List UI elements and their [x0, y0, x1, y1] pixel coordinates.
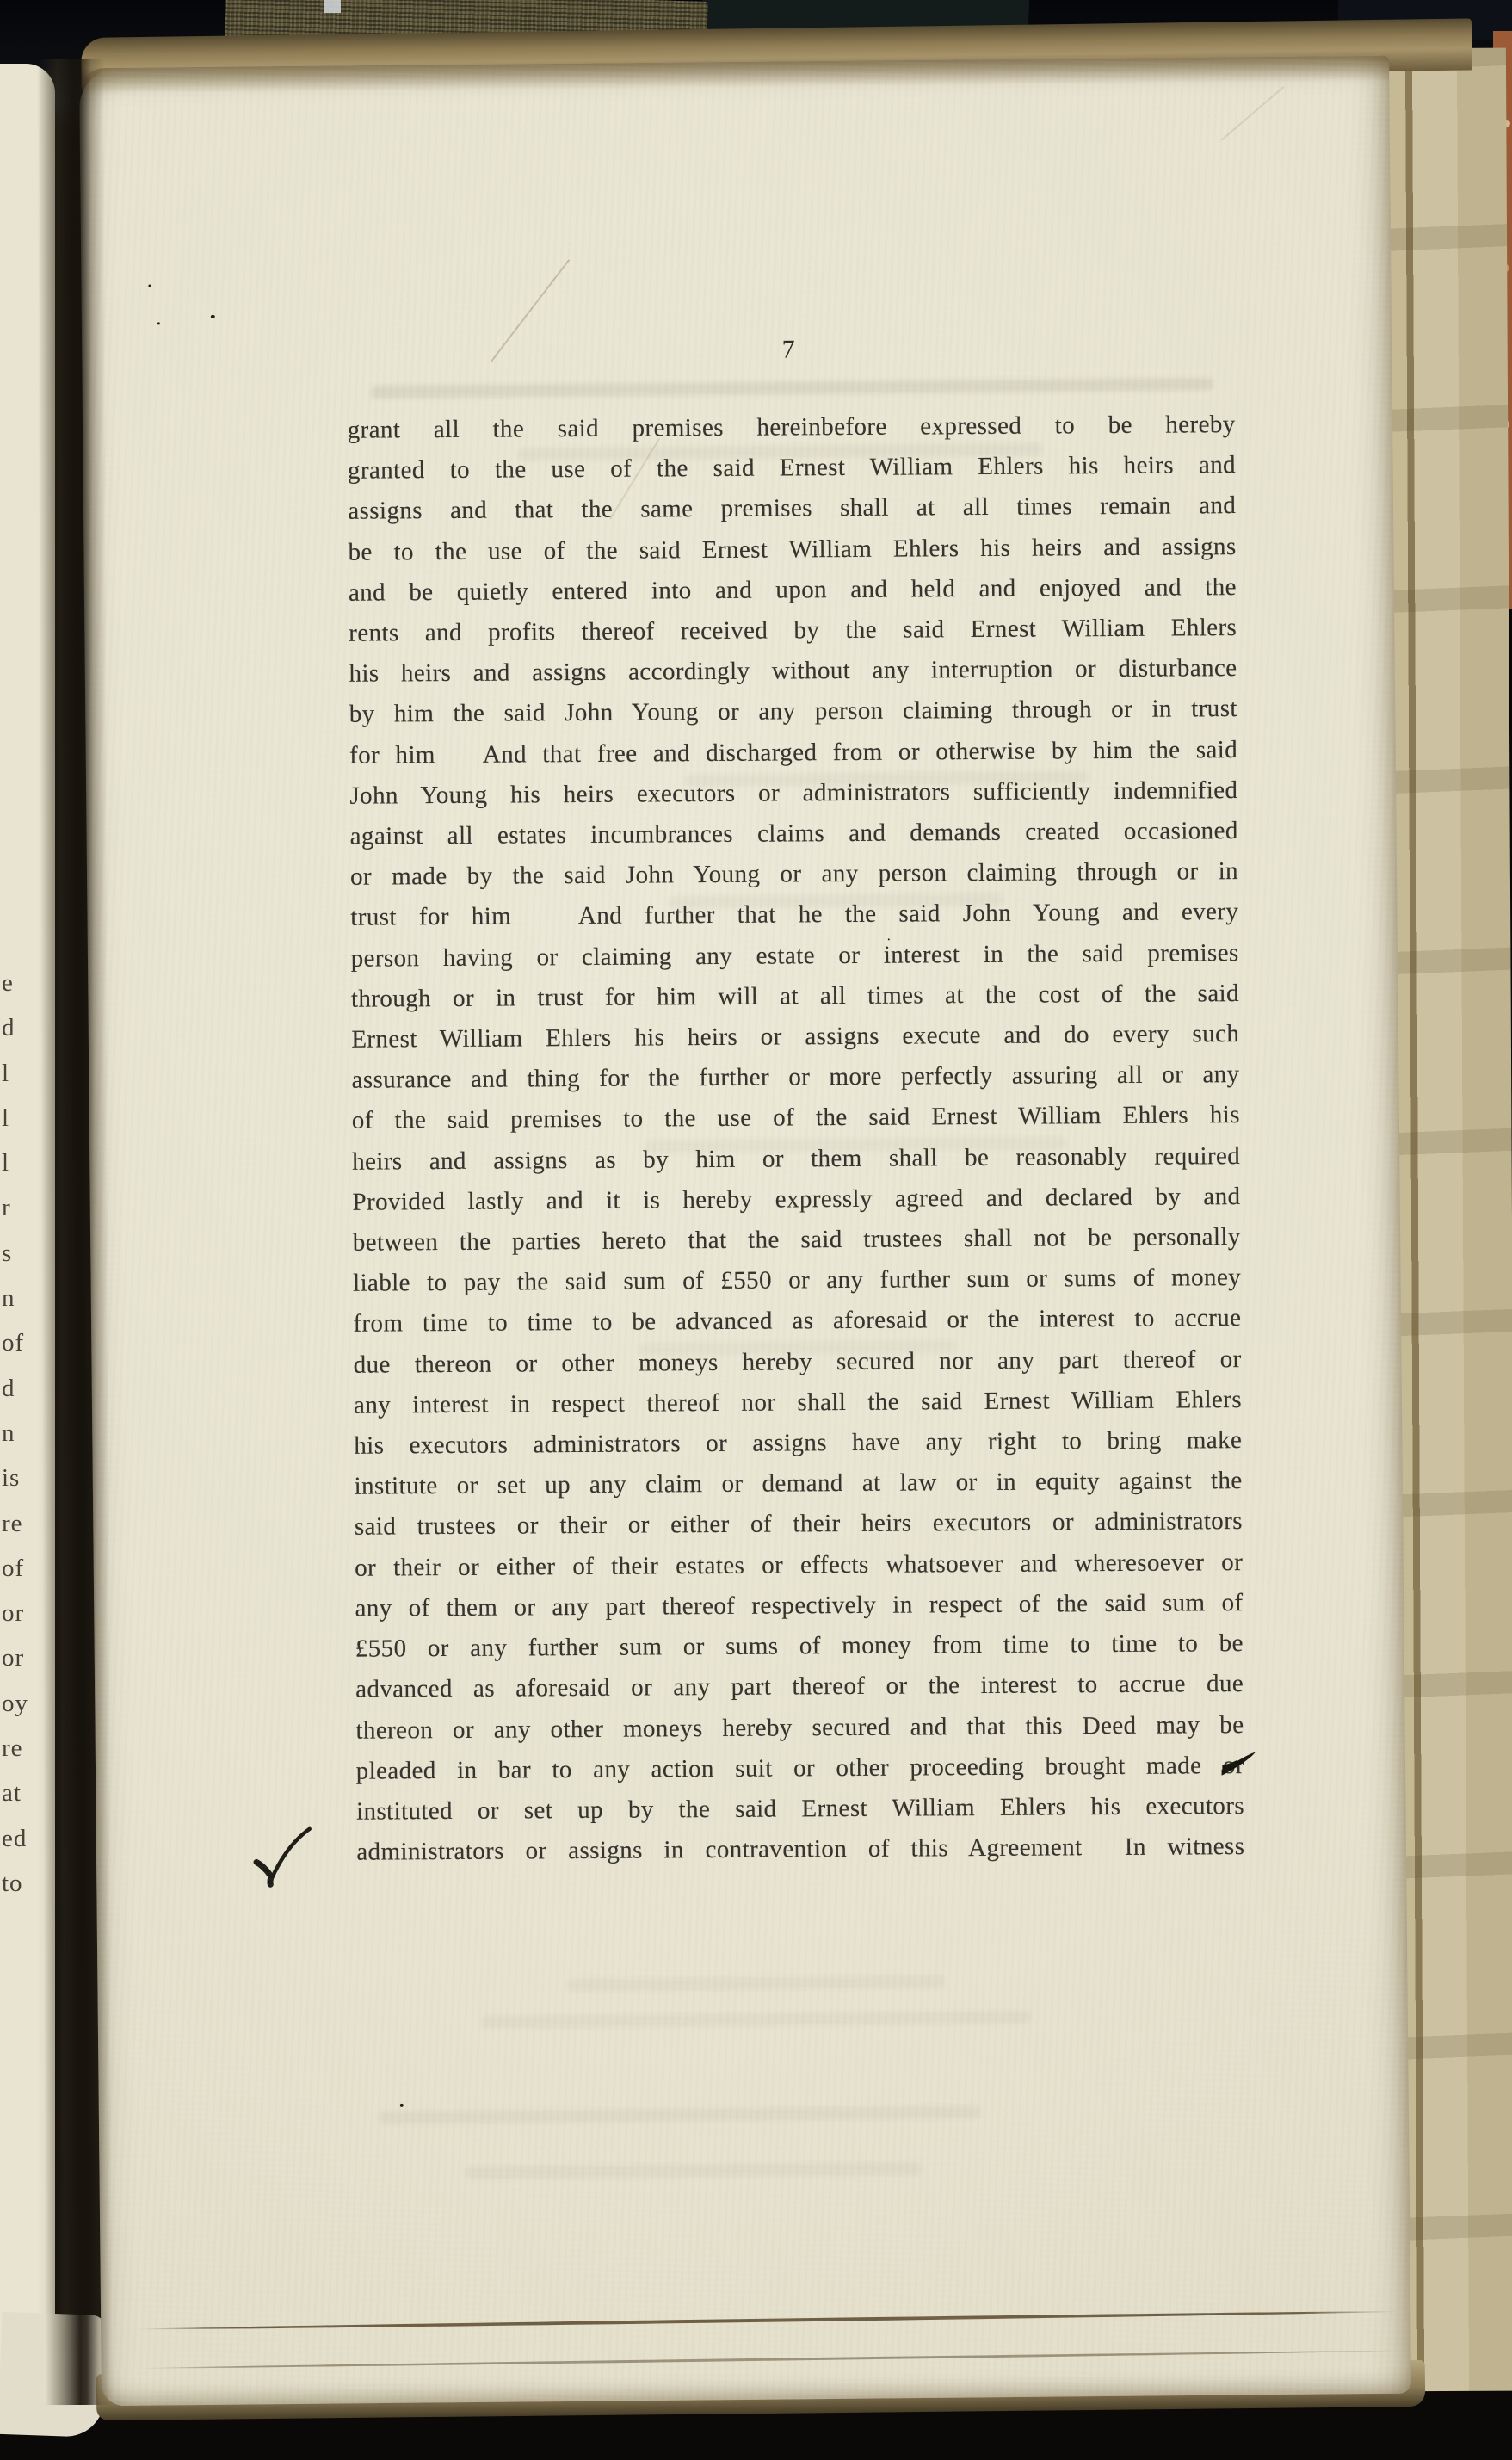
gutter-shadow — [37, 59, 113, 2405]
text-line-content: instituted or set up by the said Ernest … — [356, 1792, 1244, 1826]
margin-fragment: d — [2, 1014, 40, 1059]
margin-fragment: re — [2, 1734, 40, 1779]
text-line-content: pleaded in bar to any action suit or oth… — [356, 1752, 1202, 1784]
margin-fragment: or — [2, 1644, 40, 1689]
margin-fragment: l — [2, 1104, 40, 1149]
text-block: grant all the said premises hereinbefore… — [348, 405, 1245, 1873]
text-line-content: through or in trust for him will at all … — [351, 980, 1239, 1013]
dust-speck — [400, 2104, 404, 2107]
text-line-content: for him And that free and discharged fro… — [349, 736, 1237, 770]
margin-fragment: is — [2, 1464, 40, 1509]
text-line: or their or either of their estates or e… — [355, 1542, 1243, 1589]
text-line: by him the said John Young or any person… — [349, 689, 1237, 735]
margin-fragment: ed — [2, 1825, 40, 1870]
text-line: advanced as aforesaid or any part thereo… — [355, 1664, 1244, 1710]
text-line-content: by him the said John Young or any person… — [349, 695, 1237, 728]
text-line: against all estates incumbrances claims … — [350, 811, 1238, 857]
margin-fragment: of — [2, 1554, 40, 1599]
text-line-content: heirs and assigns as by him or them shal… — [352, 1142, 1240, 1176]
dust-speck — [157, 322, 160, 324]
text-line-content: of the said premises to the use of the s… — [352, 1101, 1240, 1134]
text-line-content: due thereon or other moneys hereby secur… — [354, 1345, 1242, 1379]
text-line-content: £550 or any further sum or sums of money… — [355, 1629, 1244, 1663]
document-page: 7 grant all the said premises hereinbefo… — [79, 56, 1411, 2406]
text-line: pleaded in bar to any action suit or oth… — [356, 1746, 1244, 1792]
margin-fragment: r — [2, 1194, 40, 1239]
book-page-photo: edlllrsnofdnisreofororoyreatedto 7 grant… — [0, 0, 1512, 2460]
text-line: from time to time to be advanced as afor… — [353, 1298, 1241, 1344]
text-line-content: administrators or assigns in contraventi… — [356, 1833, 1244, 1866]
margin-fragment: n — [2, 1284, 40, 1329]
text-line: or made by the said John Young or any pe… — [350, 851, 1238, 898]
text-line-content: granted to the use of the said Ernest Wi… — [348, 451, 1236, 485]
margin-fragment: at — [2, 1779, 40, 1824]
text-line: granted to the use of the said Ernest Wi… — [348, 445, 1236, 491]
text-line-content: or their or either of their estates or e… — [355, 1548, 1243, 1582]
text-line-content: and be quietly entered into and upon and… — [349, 573, 1237, 607]
text-line: for him And that free and discharged fro… — [349, 730, 1237, 776]
text-line-content: any interest in respect thereof nor shal… — [354, 1386, 1242, 1419]
text-line-content: his executors administrators or assigns … — [354, 1426, 1242, 1460]
margin-fragment: e — [2, 969, 40, 1014]
margin-fragment: n — [2, 1419, 40, 1464]
margin-fragment: of — [2, 1329, 40, 1374]
margin-fragments: edlllrsnofdnisreofororoyreatedto — [2, 969, 40, 1914]
text-line: liable to pay the said sum of £550 or an… — [353, 1258, 1241, 1304]
text-line-content: between the parties hereto that the said… — [353, 1223, 1241, 1257]
text-line: grant all the said premises hereinbefore… — [348, 405, 1236, 451]
struck-word: or — [1223, 1746, 1244, 1786]
text-line: through or in trust for him will at all … — [351, 973, 1239, 1020]
margin-fragment: or — [2, 1599, 40, 1644]
text-line-content: or made by the said John Young or any pe… — [350, 857, 1238, 891]
text-line-content: institute or set up any claim or demand … — [355, 1467, 1243, 1500]
text-line-content: assigns and that the same premises shall… — [348, 491, 1236, 525]
bottom-edge-stain-line — [135, 2309, 1400, 2331]
text-line: institute or set up any claim or demand … — [354, 1461, 1242, 1507]
text-line-content: said trustees or their or either of thei… — [355, 1508, 1243, 1542]
text-line-content: assurance and thing for the further or m… — [351, 1060, 1239, 1094]
text-line: thereon or any other moneys hereby secur… — [355, 1705, 1244, 1752]
text-line: heirs and assigns as by him or them shal… — [352, 1136, 1240, 1183]
text-line: Provided lastly and it is hereby express… — [352, 1177, 1240, 1223]
text-line: Ernest William Ehlers his heirs or assig… — [351, 1014, 1239, 1060]
text-line-content: rents and profits thereof received by th… — [349, 614, 1237, 647]
margin-fragment: s — [2, 1239, 40, 1284]
text-line-content: Ernest William Ehlers his heirs or assig… — [351, 1020, 1239, 1054]
ink-bleedthrough — [371, 378, 1214, 399]
text-line: trust for him And further that he the sa… — [350, 892, 1238, 938]
text-line-content: against all estates incumbrances claims … — [350, 817, 1238, 850]
text-line-content: any of them or any part thereof respecti… — [355, 1589, 1243, 1622]
text-line-content: thereon or any other moneys hereby secur… — [355, 1711, 1244, 1745]
bottom-edge-stain-line — [136, 2349, 1401, 2370]
text-line-content: from time to time to be advanced as afor… — [353, 1304, 1241, 1338]
text-line: administrators or assigns in contraventi… — [356, 1826, 1244, 1873]
text-line: be to the use of the said Ernest William… — [348, 527, 1236, 573]
text-line: assurance and thing for the further or m… — [351, 1054, 1239, 1101]
page-number: 7 — [344, 331, 1232, 368]
text-line: any of them or any part thereof respecti… — [355, 1583, 1243, 1629]
ink-bleedthrough — [481, 2011, 1032, 2029]
text-line: John Young his heirs executors or admini… — [349, 770, 1237, 817]
text-line-content: trust for him And further that he the sa… — [350, 898, 1238, 931]
light-glint — [324, 0, 341, 13]
ink-bleedthrough — [379, 2105, 981, 2124]
text-line: his executors administrators or assigns … — [354, 1420, 1242, 1467]
text-line: £550 or any further sum or sums of money… — [355, 1623, 1244, 1670]
text-line: person having or claiming any estate or … — [350, 933, 1238, 980]
pen-strike-mark — [1221, 1749, 1256, 1778]
text-line: instituted or set up by the said Ernest … — [356, 1786, 1244, 1833]
text-line: between the parties hereto that the said… — [353, 1217, 1241, 1264]
margin-fragment: oy — [2, 1690, 40, 1734]
text-line: rents and profits thereof received by th… — [349, 608, 1237, 654]
text-line-content: his heirs and assigns accordingly withou… — [349, 654, 1237, 688]
paper-scratch — [1221, 86, 1284, 140]
text-line-content: liable to pay the said sum of £550 or an… — [353, 1264, 1241, 1297]
ink-bleedthrough — [465, 2162, 921, 2179]
text-line-content: Provided lastly and it is hereby express… — [352, 1183, 1240, 1216]
text-line-content: person having or claiming any estate or … — [351, 939, 1239, 973]
text-line-content: grant all the said premises hereinbefore… — [348, 411, 1236, 444]
dust-speck — [211, 315, 215, 318]
text-line: and be quietly entered into and upon and… — [349, 567, 1237, 614]
margin-fragment: re — [2, 1510, 40, 1554]
text-line-content: advanced as aforesaid or any part thereo… — [355, 1670, 1244, 1703]
ink-bleedthrough — [566, 1975, 945, 1992]
text-line: his heirs and assigns accordingly withou… — [349, 648, 1237, 695]
dust-speck — [888, 938, 890, 940]
text-line-content: be to the use of the said Ernest William… — [348, 533, 1236, 566]
margin-fragment: d — [2, 1375, 40, 1419]
text-line: assigns and that the same premises shall… — [348, 485, 1236, 532]
margin-fragment: l — [2, 1060, 40, 1104]
text-line-content: John Young his heirs executors or admini… — [349, 776, 1237, 810]
text-line: due thereon or other moneys hereby secur… — [354, 1339, 1242, 1386]
checkmark-annotation — [250, 1824, 316, 1895]
text-line: said trustees or their or either of thei… — [355, 1502, 1243, 1548]
text-line: of the said premises to the use of the s… — [352, 1095, 1240, 1141]
text-line: any interest in respect thereof nor shal… — [354, 1380, 1242, 1426]
margin-fragment: l — [2, 1149, 40, 1194]
margin-fragment: to — [2, 1870, 40, 1914]
dust-speck — [148, 285, 151, 287]
